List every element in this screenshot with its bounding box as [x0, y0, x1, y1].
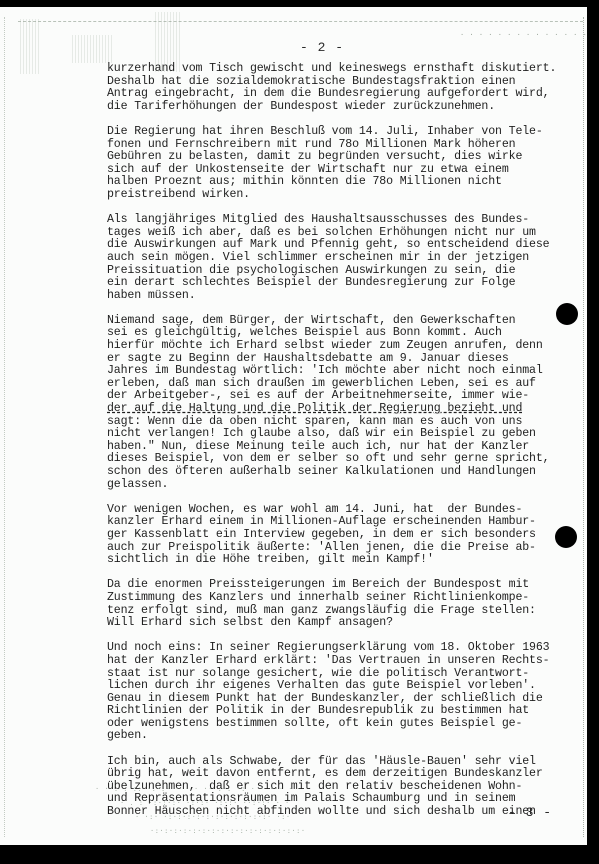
paragraph-7: Und noch eins: In seiner Regierungserklä… — [107, 642, 577, 743]
text-line: kurzerhand vom Tisch gewischt und keines… — [107, 63, 577, 76]
text-line: nicht verlangen! Ich glaube also, daß wi… — [107, 428, 577, 441]
text-line: ger Kassenblatt ein Interview gegeben, i… — [107, 529, 577, 542]
bleed-through-text: · ·:· ·:·:·:·:·:·:·:·:·:·:·:· ·:· — [135, 813, 291, 821]
text-line: ein derart schlechtes Beispiel der Bunde… — [107, 277, 577, 290]
text-line: hierfür möchte ich Erhard selbst wieder … — [107, 340, 577, 353]
document-body: kurzerhand vom Tisch gewischt und keines… — [107, 63, 577, 831]
text-line: übrig hat, weit davon entfernt, es dem d… — [107, 768, 577, 781]
text-line: Zustimmung des Kanzlers und innerhalb se… — [107, 592, 577, 605]
text-line: auch sein mögen. Viel schlimmer erschein… — [107, 252, 577, 265]
bleed-through-text: · · . . :: ·.·.· · · · ·· . . ·: · · ···… — [95, 785, 293, 793]
bleed-through-text: · . : ·:·:·:· ·:·:· ·:·:· ··:·:· · · — [120, 799, 290, 807]
page-right-edge — [583, 17, 585, 837]
paragraph-4: Niemand sage, dem Bürger, der Wirtschaft… — [107, 315, 577, 491]
text-line: Richtlinien der Politik in der Bundesrep… — [107, 705, 577, 718]
text-line: Antrag eingebracht, in dem die Bundesreg… — [107, 88, 577, 101]
text-line: gelassen. — [107, 479, 577, 492]
bleed-through-text: ·:·:·:·:·:·:·:·:·:·:·:·:·:·:·:·:· — [150, 827, 306, 835]
text-line: die Tariferhöhungen der Bundespost wiede… — [107, 101, 577, 114]
document-page: · · · · · · · · · · · · · · · · · - 2 - … — [0, 7, 587, 845]
paragraph-3: Als langjähriges Mitglied des Haushaltsa… — [107, 214, 577, 302]
header-rule — [18, 21, 583, 23]
text-line: Gebühren zu belasten, damit zu begründen… — [107, 151, 577, 164]
text-line: Als langjähriges Mitglied des Haushaltsa… — [107, 214, 577, 227]
text-line: schon des öfteren außerhalb seiner Kalku… — [107, 466, 577, 479]
underlined-text-line: der auf die Haltung und die Politik der … — [107, 403, 577, 416]
text-line: Die Regierung hat ihren Beschluß vom 14.… — [107, 126, 577, 139]
text-line: sichtlich in die Höhe treiben, gilt mein… — [107, 554, 577, 567]
page-left-edge — [4, 17, 7, 837]
header-stamp-right: · · · · · · · · · · · · · · · · · — [460, 31, 587, 39]
text-line: geben. — [107, 730, 577, 743]
text-line: Will Erhard sich selbst den Kampf ansage… — [107, 617, 577, 630]
page-number: - 2 - — [300, 40, 344, 55]
paragraph-2: Die Regierung hat ihren Beschluß vom 14.… — [107, 126, 577, 202]
punch-hole-top — [556, 303, 578, 325]
next-page-marker: - 3 - — [508, 805, 552, 820]
punch-hole-bottom — [555, 526, 577, 548]
scan-artifact-top-left — [20, 19, 40, 74]
paragraph-1: kurzerhand vom Tisch gewischt und keines… — [107, 63, 577, 113]
text-line: preistreibend wirken. — [107, 189, 577, 202]
text-line: haben müssen. — [107, 290, 577, 303]
text-line: hat der Kanzler Erhard erklärt: 'Das Ver… — [107, 655, 577, 668]
paragraph-6: Da die enormen Preissteigerungen im Bere… — [107, 579, 577, 629]
text-line: oder wenigstens bestimmen sollte, oft ke… — [107, 718, 577, 731]
scan-artifact-stamp — [72, 35, 112, 63]
paragraph-5: Vor wenigen Wochen, es war wohl am 14. J… — [107, 504, 577, 567]
text-line: lichen durch ihr eigenes Verhalten das g… — [107, 680, 577, 693]
text-line: Jahres im Bundestag wörtlich: 'Ich möcht… — [107, 365, 577, 378]
